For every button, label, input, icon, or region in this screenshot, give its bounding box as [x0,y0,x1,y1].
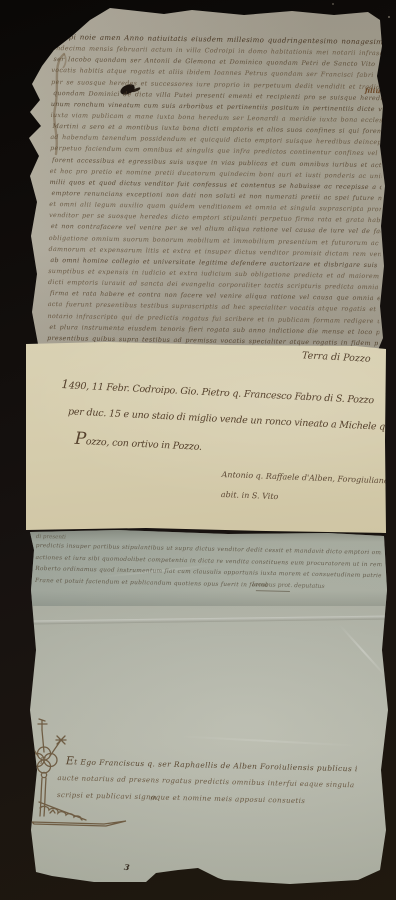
folio-mark: 3 [123,862,130,873]
wrinkle-streak [178,735,358,746]
note-heading: Terra di Pozzo [302,350,371,365]
deed-text-block: In Xpi noie amen Anno natiuitatis eiusde… [47,32,384,349]
archival-note-paper: Terra di Pozzo 1490, 11 Febr. Codroipo. … [26,341,386,535]
parchment-deed: filius In Xpi noie amen Anno natiuitatis… [24,6,386,350]
addendum-lines: predictis insuper partibus stipulantibus… [35,541,382,594]
subscription-text-block: Et Ego Franciscus q. ser Raphaellis de A… [57,752,358,811]
wrinkle-streak [339,624,387,677]
interlinear-mark: m [150,794,157,803]
fold-crease [28,615,390,624]
dust-specks [388,16,390,18]
signum-letter: F [39,757,46,766]
manuscript-photo: filius In Xpi noie amen Anno natiuitatis… [0,0,396,900]
note-text-block: 1490, 11 Febr. Codroipo. Gio. Pietro q. … [58,371,372,469]
note-notary-attribution: Antonio q. Raffaele d'Alben, Forogiulian… [220,465,389,511]
parchment-subscription: di presenti predictis insuper partibus s… [28,530,390,886]
addendum-signature: Iacobus prot. deputatus [252,581,325,593]
